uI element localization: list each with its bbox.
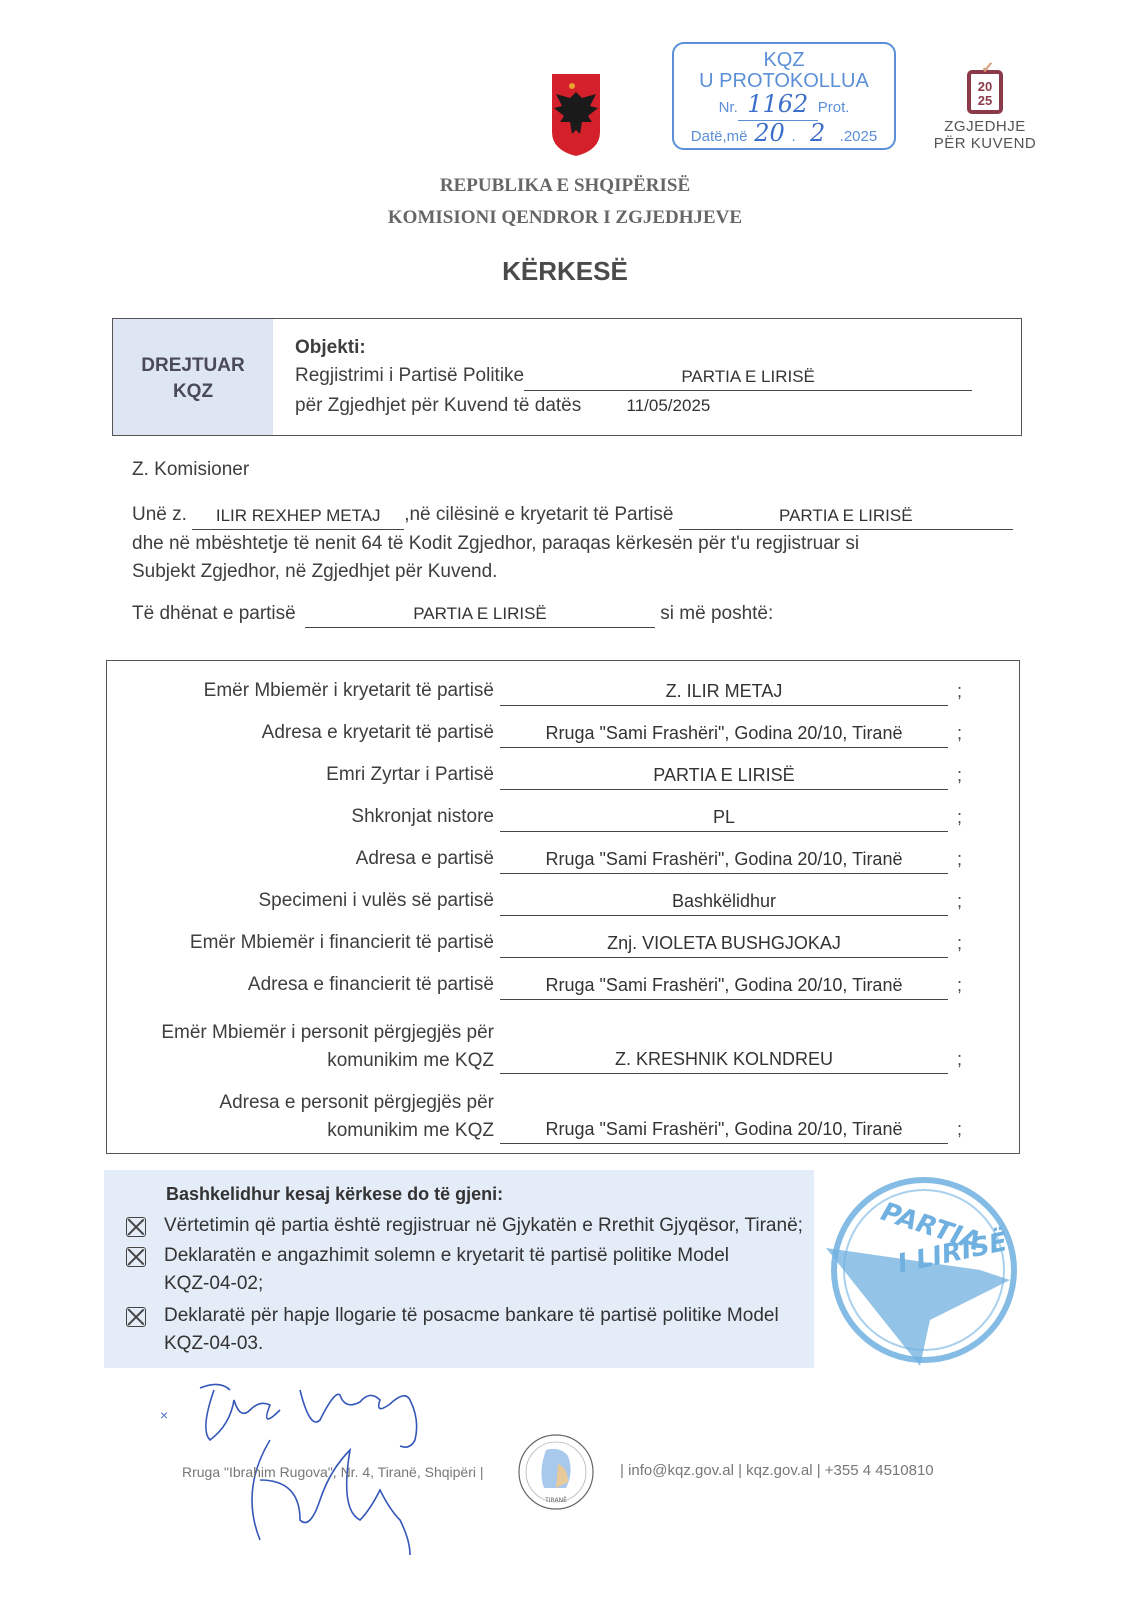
svg-text:TIRANË: TIRANË	[544, 1497, 567, 1504]
addressed-kqz: KQZ	[113, 379, 273, 405]
separator: ;	[957, 723, 962, 744]
body-line-2: dhe në mbështetje të nenit 64 të Kodit Z…	[132, 530, 1022, 558]
object-content: Objekti: Regjistrimi i Partisë PolitikeP…	[295, 335, 981, 421]
field-value[interactable]: Z. ILIR METAJ	[500, 677, 948, 706]
footer-address: Rruga "Ibrahim Rugova", Nr. 4, Tiranë, S…	[182, 1464, 484, 1480]
data-party-field[interactable]: PARTIA E LIRISË	[305, 601, 655, 628]
election-2025-logo: ✓ 20 25 ZGJEDHJE PËR KUVEND	[930, 70, 1040, 152]
stamp-title: KQZ	[674, 50, 894, 70]
albania-coat-of-arms	[548, 72, 604, 158]
election-date-field[interactable]: 11/05/2025	[627, 391, 711, 421]
field-label: Shkronjat nistore	[351, 803, 494, 831]
party-stamp: PARTIA I LIRISË	[820, 1170, 1020, 1370]
nr-label: Nr.	[719, 99, 738, 116]
kqz-seal-icon: TIRANË	[516, 1432, 596, 1512]
field-value[interactable]: Rruga "Sami Frashëri", Godina 20/10, Tir…	[500, 971, 948, 1000]
attachment-item: Deklaratë për hapje llogarie të posacme …	[126, 1302, 779, 1358]
document-title: KËRKESË	[0, 256, 1130, 287]
date-year: .2025	[840, 128, 878, 145]
republic-name: REPUBLIKA E SHQIPËRISË	[0, 170, 1130, 202]
attachment-item: Deklaratën e angazhimit solemn e kryetar…	[126, 1242, 729, 1298]
svg-text:×: ×	[160, 1407, 168, 1423]
registration-text: Regjistrimi i Partisë Politike	[295, 365, 524, 386]
separator: ;	[957, 765, 962, 786]
attachments-panel: Bashkelidhur kesaj kërkese do të gjeni: …	[104, 1170, 814, 1368]
ballot-box-icon: ✓ 20 25	[967, 70, 1003, 114]
salutation: Z. Komisioner	[132, 456, 249, 484]
separator: ;	[957, 849, 962, 870]
field-value[interactable]: Znj. VIOLETA BUSHGJOKAJ	[500, 929, 948, 958]
intro-middle: ,në cilësinë e kryetarit të Partisë	[404, 504, 673, 525]
logo-line2: PËR KUVEND	[930, 135, 1040, 152]
field-label: Emri Zyrtar i Partisë	[326, 761, 494, 789]
attachment-item: Vërtetimin që partia është regjistruar n…	[126, 1212, 803, 1240]
separator: ;	[957, 891, 962, 912]
protocol-date-line: Datë,më20.2.2025	[674, 121, 894, 150]
field-value[interactable]: Rruga "Sami Frashëri", Godina 20/10, Tir…	[500, 1115, 948, 1144]
field-value[interactable]: PL	[500, 803, 948, 832]
logo-year-top: 20	[971, 80, 999, 94]
eagle-emblem-icon	[548, 72, 604, 158]
footer-contact: | info@kqz.gov.al | kqz.gov.al | +355 4 …	[620, 1462, 934, 1479]
party-seal-icon: PARTIA I LIRISË	[820, 1170, 1020, 1370]
institution-heading: REPUBLIKA E SHQIPËRISË KOMISIONI QENDROR…	[0, 170, 1130, 234]
field-label: Emër Mbiemër i financierit të partisë	[190, 929, 494, 957]
field-label: Adresa e financierit të partisë	[248, 971, 494, 999]
field-label-line2: komunikim me KQZ	[161, 1047, 494, 1075]
checked-box-icon[interactable]	[126, 1307, 146, 1327]
protocol-stamp: KQZ U PROTOKOLLUA Nr.1162Prot. Datë,më20…	[672, 42, 896, 150]
election-date-line: për Zgjedhjet për Kuvend të datës 11/05/…	[295, 391, 981, 421]
checked-box-icon[interactable]	[126, 1247, 146, 1267]
field-label: Adresa e personit përgjegjës përkomuniki…	[219, 1089, 494, 1145]
separator: ;	[957, 933, 962, 954]
registration-line: Regjistrimi i Partisë PolitikePARTIA E L…	[295, 361, 981, 391]
date-month: 2	[810, 119, 825, 147]
body-line-3: Subjekt Zgjedhor, në Zgjedhjet për Kuven…	[132, 558, 1022, 586]
party-data-intro: Të dhënat e partisë PARTIA E LIRISË si m…	[132, 600, 773, 628]
attachment-text-cont: KQZ-04-02;	[164, 1270, 729, 1298]
commission-name: KOMISIONI QENDROR I ZGJEDHJEVE	[0, 202, 1130, 234]
separator: ;	[957, 1049, 962, 1070]
attachments-heading: Bashkelidhur kesaj kërkese do të gjeni:	[166, 1184, 503, 1205]
logo-line1: ZGJEDHJE	[930, 118, 1040, 135]
party-name-field[interactable]: PARTIA E LIRISË	[524, 364, 972, 391]
object-box: DREJTUAR KQZ Objekti: Regjistrimi i Part…	[112, 318, 1022, 436]
prot-label: Prot.	[818, 99, 850, 116]
field-value[interactable]: Rruga "Sami Frashëri", Godina 20/10, Tir…	[500, 845, 948, 874]
attachment-text: Deklaratë për hapje llogarie të posacme …	[164, 1302, 779, 1330]
addressed-to: DREJTUAR KQZ	[113, 319, 273, 435]
field-label-line1: Emër Mbiemër i personit përgjegjës për	[161, 1019, 494, 1047]
field-label: Emër Mbiemër i personit përgjegjës përko…	[161, 1019, 494, 1075]
field-value[interactable]: Z. KRESHNIK KOLNDREU	[500, 1045, 948, 1074]
field-value[interactable]: Bashkëlidhur	[500, 887, 948, 916]
checked-box-icon[interactable]	[126, 1217, 146, 1237]
logo-year-bottom: 25	[971, 94, 999, 108]
attachment-text-cont: KQZ-04-03.	[164, 1330, 779, 1358]
data-suffix: si më poshtë:	[660, 603, 773, 624]
chairman-name-field[interactable]: ILIR REXHEP METAJ	[192, 503, 404, 530]
kqz-seal: TIRANË	[516, 1432, 596, 1512]
date-day: 20	[754, 119, 785, 147]
protocol-number-line: Nr.1162Prot.	[674, 92, 894, 121]
protocol-number: 1162	[747, 90, 808, 118]
field-label: Emër Mbiemër i kryetarit të partisë	[204, 677, 494, 705]
elections-text: për Zgjedhjet për Kuvend të datës	[295, 395, 581, 416]
attachment-text: Vërtetimin që partia është regjistruar n…	[164, 1212, 803, 1240]
data-prefix: Të dhënat e partisë	[132, 603, 296, 624]
field-value[interactable]: Rruga "Sami Frashëri", Godina 20/10, Tir…	[500, 719, 948, 748]
object-label: Objekti:	[295, 335, 981, 361]
date-label: Datë,më	[691, 128, 748, 145]
letter-body: Unë z. ILIR REXHEP METAJ,në cilësinë e k…	[132, 500, 1022, 586]
separator: ;	[957, 681, 962, 702]
field-label: Adresa e kryetarit të partisë	[262, 719, 494, 747]
field-label-line2: komunikim me KQZ	[219, 1117, 494, 1145]
stamp-subtitle: U PROTOKOLLUA	[674, 70, 894, 92]
field-label: Adresa e partisë	[356, 845, 494, 873]
addressed-label: DREJTUAR	[113, 353, 273, 379]
intro-line: Unë z. ILIR REXHEP METAJ,në cilësinë e k…	[132, 500, 1022, 530]
party-data-table: Emër Mbiemër i kryetarit të partisëZ. IL…	[106, 660, 1020, 1154]
attachment-text: Deklaratën e angazhimit solemn e kryetar…	[164, 1242, 729, 1270]
separator: ;	[957, 975, 962, 996]
separator: ;	[957, 1119, 962, 1140]
separator: ;	[957, 807, 962, 828]
field-label: Specimeni i vulës së partisë	[259, 887, 495, 915]
chairman-party-field[interactable]: PARTIA E LIRISË	[679, 503, 1013, 530]
field-label-line1: Adresa e personit përgjegjës për	[219, 1089, 494, 1117]
field-value[interactable]: PARTIA E LIRISË	[500, 761, 948, 790]
checkmark-icon: ✓	[981, 62, 994, 76]
intro-prefix: Unë z.	[132, 504, 187, 525]
